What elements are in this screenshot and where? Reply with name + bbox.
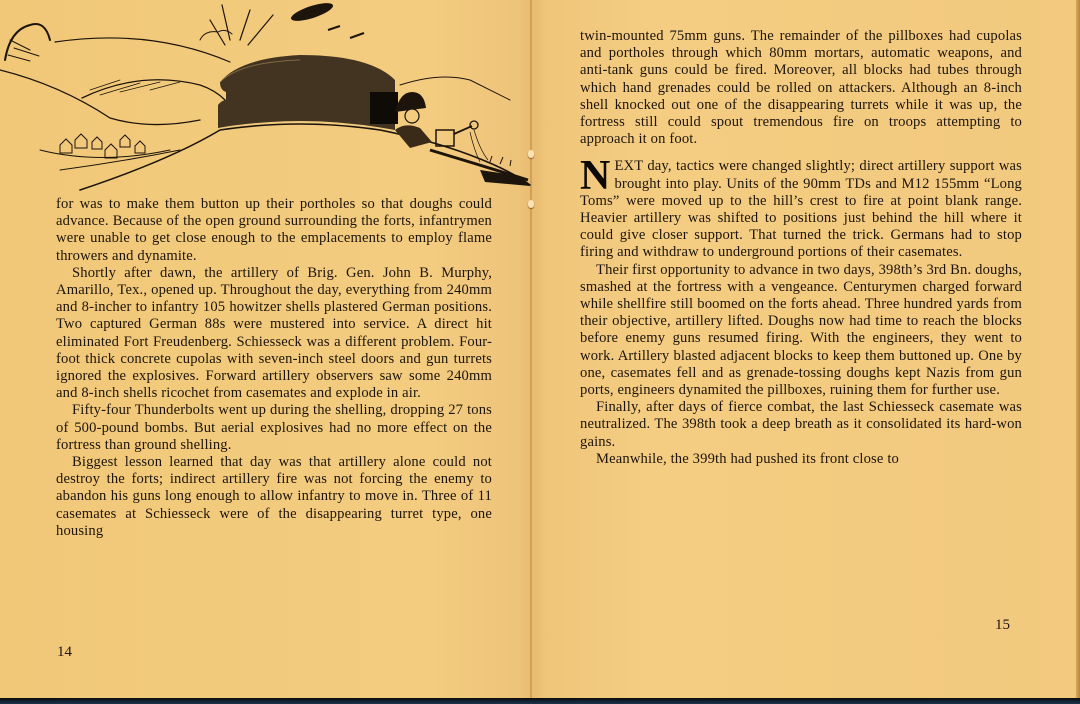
paragraph: Finally, after days of fierce combat, th…: [580, 399, 1022, 451]
paragraph: for was to make them button up their por…: [56, 196, 492, 265]
book-spread: for was to make them button up their por…: [0, 0, 1080, 698]
page-number: 14: [57, 644, 72, 661]
page-number: 15: [995, 617, 1010, 634]
left-page: for was to make them button up their por…: [0, 0, 530, 698]
paragraph: Biggest lesson learned that day was that…: [56, 454, 492, 540]
drop-cap: N: [580, 160, 610, 192]
section-opening-paragraph: NEXT day, tactics were changed slightly;…: [580, 158, 1022, 261]
paragraph: Meanwhile, the 399th had pushed its fron…: [580, 451, 1022, 468]
paragraph: Shortly after dawn, the artillery of Bri…: [56, 265, 492, 403]
paragraph: Fifty-four Thunderbolts went up during t…: [56, 402, 492, 454]
paragraph: twin-mounted 75mm guns. The remainder of…: [580, 28, 1022, 148]
left-page-body: for was to make them button up their por…: [56, 196, 492, 540]
illustration-pillbox-icon: [0, 0, 535, 192]
section-opening-text: EXT day, tactics were changed slightly; …: [580, 158, 1022, 260]
right-page: twin-mounted 75mm guns. The remainder of…: [532, 0, 1080, 698]
paragraph: Their first opportunity to advance in tw…: [580, 262, 1022, 400]
right-page-body: twin-mounted 75mm guns. The remainder of…: [580, 28, 1022, 468]
background-edge: [0, 698, 1080, 704]
